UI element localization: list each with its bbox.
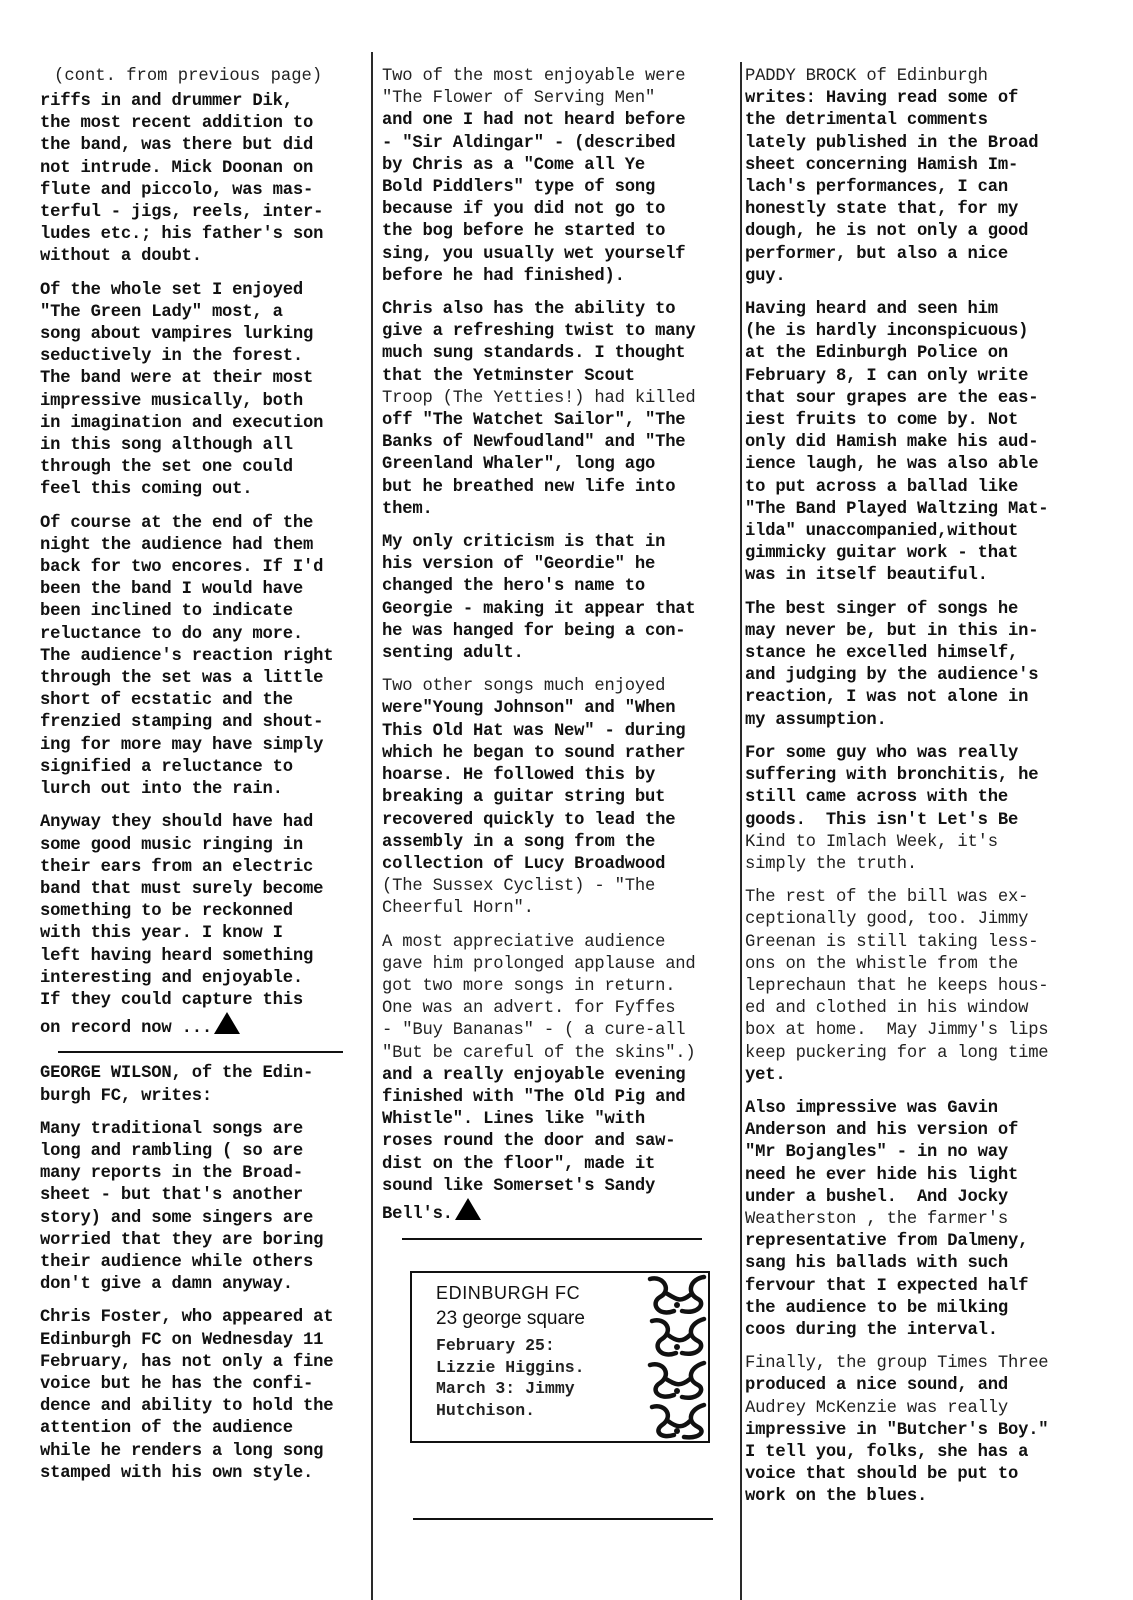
- advert-line: Lizzie Higgins.: [436, 1357, 636, 1379]
- text-line: my assumption.: [745, 710, 1095, 732]
- text-line: keep puckering for a long time: [745, 1043, 1095, 1065]
- text-line: ing for more may have simply: [40, 735, 370, 757]
- text-line: been inclined to indicate: [40, 601, 370, 623]
- text-line: finished with "The Old Pig and: [382, 1087, 732, 1109]
- article-paragraph: Two other songs much enjoyed were"Young …: [382, 676, 732, 920]
- article-paragraph: Two of the most enjoyable were "The Flow…: [382, 66, 732, 288]
- text-line: stamped with his own style.: [40, 1463, 370, 1485]
- text-line: much sung standards. I thought: [382, 343, 732, 365]
- text-line: riffs in and drummer Dik,: [40, 91, 370, 113]
- section-divider: [402, 1238, 702, 1240]
- text-line: them.: [382, 499, 732, 521]
- text-line: seductively in the forest.: [40, 346, 370, 368]
- text-line: without a doubt.: [40, 246, 370, 268]
- text-line: before he had finished).: [382, 266, 732, 288]
- right-column: PADDY BROCK of Edinburgh writes: Having …: [745, 66, 1095, 1520]
- text-line: Of course at the end of the: [40, 513, 370, 535]
- text-line: terful - jigs, reels, inter-: [40, 202, 370, 224]
- text-line: ludes etc.; his father's son: [40, 224, 370, 246]
- text-line: only did Hamish make his aud-: [745, 432, 1095, 454]
- text-line: Anyway they should have had: [40, 812, 370, 834]
- text-line: in this song although all: [40, 435, 370, 457]
- text-line: the most recent addition to: [40, 113, 370, 135]
- text-line: (The Sussex Cyclist) - "The: [382, 876, 732, 898]
- column-divider-left: [371, 52, 373, 1600]
- text-line: but he breathed new life into: [382, 477, 732, 499]
- text-line: he was hanged for being a con-: [382, 621, 732, 643]
- text-line: was in itself beautiful.: [745, 565, 1095, 587]
- text-line: dence and ability to hold the: [40, 1396, 370, 1418]
- text-line: feel this coming out.: [40, 479, 370, 501]
- text-line: One was an advert. for Fyffes: [382, 998, 732, 1020]
- advert-line: Hutchison.: [436, 1400, 636, 1422]
- text-line: reaction, I was not alone in: [745, 687, 1095, 709]
- text-line: Troop (The Yetties!) had killed: [382, 388, 732, 410]
- text-line: ceptionally good, too. Jimmy: [745, 909, 1095, 931]
- text-line: Georgie - making it appear that: [382, 599, 732, 621]
- text-line: "But be careful of the skins".): [382, 1043, 732, 1065]
- text-line: February 8, I can only write: [745, 366, 1095, 388]
- text-line: stance he excelled himself,: [745, 643, 1095, 665]
- text-line: story) and some singers are: [40, 1208, 370, 1230]
- letter-paragraph: Also impressive was Gavin Anderson and h…: [745, 1098, 1095, 1342]
- text-line: breaking a guitar string but: [382, 787, 732, 809]
- text-line: need he ever hide his light: [745, 1165, 1095, 1187]
- letter-paragraph: Chris Foster, who appeared at Edinburgh …: [40, 1307, 370, 1485]
- text-line: sing, you usually wet yourself: [382, 244, 732, 266]
- text-line: recovered quickly to lead the: [382, 810, 732, 832]
- text-line: many reports in the Broad-: [40, 1163, 370, 1185]
- text-line: "The Green Lady" most, a: [40, 302, 370, 324]
- text-line: frenzied stamping and shout-: [40, 712, 370, 734]
- text-line: Cheerful Horn".: [382, 898, 732, 920]
- text-line: Greenland Whaler", long ago: [382, 454, 732, 476]
- text-line: the band, was there but did: [40, 135, 370, 157]
- text-line: with this year. I know I: [40, 923, 370, 945]
- text-line: goods. This isn't Let's Be: [745, 810, 1095, 832]
- text-line: and one I had not heard before: [382, 110, 732, 132]
- text-line: their ears from an electric: [40, 857, 370, 879]
- letter-paragraph: Finally, the group Times Three produced …: [745, 1353, 1095, 1508]
- end-of-article-triangle-icon: [455, 1198, 481, 1220]
- text-line: were"Young Johnson" and "When: [382, 698, 732, 720]
- column-divider-right: [740, 62, 742, 1600]
- text-line: while he renders a long song: [40, 1441, 370, 1463]
- text-line: under a bushel. And Jocky: [745, 1187, 1095, 1209]
- text-line: song about vampires lurking: [40, 324, 370, 346]
- text-line: This Old Hat was New" - during: [382, 721, 732, 743]
- article-paragraph: Chris also has the ability to give a ref…: [382, 299, 732, 521]
- text-line: A most appreciative audience: [382, 932, 732, 954]
- text-line: box at home. May Jimmy's lips: [745, 1020, 1095, 1042]
- text-line: long and rambling ( so are: [40, 1141, 370, 1163]
- text-line: Edinburgh FC on Wednesday 11: [40, 1330, 370, 1352]
- text-line: still came across with the: [745, 787, 1095, 809]
- text-line: the bog before he started to: [382, 221, 732, 243]
- text-line: guy.: [745, 266, 1095, 288]
- text-line: "Mr Bojangles" - in no way: [745, 1142, 1095, 1164]
- text-line: may never be, but in this in-: [745, 621, 1095, 643]
- text-line: don't give a damn anyway.: [40, 1274, 370, 1296]
- text-line: hoarse. He followed this by: [382, 765, 732, 787]
- text-line: something to be reckonned: [40, 901, 370, 923]
- text-line: writes: Having read some of: [745, 88, 1095, 110]
- text-line: on record now ...: [40, 1019, 212, 1038]
- article-paragraph: Of course at the end of the night the au…: [40, 513, 370, 802]
- text-line: Many traditional songs are: [40, 1119, 370, 1141]
- text-line: through the set one could: [40, 457, 370, 479]
- text-line: Bold Piddlers" type of song: [382, 177, 732, 199]
- letter-paragraph: The best singer of songs he may never be…: [745, 599, 1095, 732]
- text-line: simply the truth.: [745, 854, 1095, 876]
- text-line: off "The Watchet Sailor", "The: [382, 410, 732, 432]
- text-line: sheet concerning Hamish Im-: [745, 155, 1095, 177]
- advert-text: EDINBURGH FC 23 george square February 2…: [436, 1281, 636, 1421]
- text-line: For some guy who was really: [745, 743, 1095, 765]
- text-line: sound like Somerset's Sandy: [382, 1176, 732, 1198]
- text-line: February, has not only a fine: [40, 1352, 370, 1374]
- text-line: lately published in the Broad: [745, 133, 1095, 155]
- end-of-article-triangle-icon: [214, 1012, 240, 1034]
- continuation-note: (cont. from previous page): [40, 66, 370, 88]
- text-line: ed and clothed in his window: [745, 998, 1095, 1020]
- text-line-with-end-mark: Bell's.: [382, 1198, 732, 1226]
- text-line: GEORGE WILSON, of the Edin-: [40, 1063, 370, 1085]
- text-line: to put across a ballad like: [745, 477, 1095, 499]
- text-line: lurch out into the rain.: [40, 779, 370, 801]
- text-line: I tell you, folks, she has a: [745, 1442, 1095, 1464]
- article-paragraph: riffs in and drummer Dik, the most recen…: [40, 91, 370, 269]
- text-line: voice but he has the confi-: [40, 1374, 370, 1396]
- text-line: the audience to be milking: [745, 1298, 1095, 1320]
- text-line: Also impressive was Gavin: [745, 1098, 1095, 1120]
- text-line: dough, he is not only a good: [745, 221, 1095, 243]
- text-line: - "Sir Aldingar" - (described: [382, 133, 732, 155]
- floral-ornament-border-icon: [646, 1273, 708, 1441]
- text-line: Of the whole set I enjoyed: [40, 280, 370, 302]
- text-line: Banks of Newfoudland" and "The: [382, 432, 732, 454]
- article-paragraph: Anyway they should have had some good mu…: [40, 812, 370, 1040]
- text-line: Having heard and seen him: [745, 299, 1095, 321]
- text-line: fervour that I expected half: [745, 1276, 1095, 1298]
- text-line: back for two encores. If I'd: [40, 557, 370, 579]
- text-line: Finally, the group Times Three: [745, 1353, 1095, 1375]
- text-line: PADDY BROCK of Edinburgh: [745, 66, 1095, 88]
- text-line: left having heard something: [40, 946, 370, 968]
- text-line: night the audience had them: [40, 535, 370, 557]
- text-line: Two other songs much enjoyed: [382, 676, 732, 698]
- text-line: dist on the floor", made it: [382, 1154, 732, 1176]
- text-line: The best singer of songs he: [745, 599, 1095, 621]
- text-line: give a refreshing twist to many: [382, 321, 732, 343]
- text-line: in imagination and execution: [40, 413, 370, 435]
- text-line: ons on the whistle from the: [745, 954, 1095, 976]
- text-line: which he began to sound rather: [382, 743, 732, 765]
- text-line: Chris Foster, who appeared at: [40, 1307, 370, 1329]
- text-line: Greenan is still taking less-: [745, 932, 1095, 954]
- text-line: flute and piccolo, was mas-: [40, 180, 370, 202]
- text-line: and a really enjoyable evening: [382, 1065, 732, 1087]
- text-line: leprechaun that he keeps hous-: [745, 976, 1095, 998]
- newsletter-page: (cont. from previous page) riffs in and …: [0, 0, 1133, 1600]
- text-line: Kind to Imlach Week, it's: [745, 832, 1095, 854]
- text-line: through the set was a little: [40, 668, 370, 690]
- text-line: that the Yetminster Scout: [382, 366, 732, 388]
- text-line: burgh FC, writes:: [40, 1086, 370, 1108]
- text-line: gave him prolonged applause and: [382, 954, 732, 976]
- text-line: signified a reluctance to: [40, 757, 370, 779]
- text-line: impressive in "Butcher's Boy.": [745, 1420, 1095, 1442]
- text-line: The band were at their most: [40, 368, 370, 390]
- text-line: by Chris as a "Come all Ye: [382, 155, 732, 177]
- text-line: ience laugh, he was also able: [745, 454, 1095, 476]
- text-line: the detrimental comments: [745, 110, 1095, 132]
- letter-paragraph: The rest of the bill was ex- ceptionally…: [745, 887, 1095, 1087]
- text-line: been the band I would have: [40, 579, 370, 601]
- text-line: sheet - but that's another: [40, 1185, 370, 1207]
- text-line: yet.: [745, 1065, 1095, 1087]
- text-line: assembly in a song from the: [382, 832, 732, 854]
- text-line: their audience while others: [40, 1252, 370, 1274]
- text-line: voice that should be put to: [745, 1464, 1095, 1486]
- text-line: Weatherston , the farmer's: [745, 1209, 1095, 1231]
- text-line: produced a nice sound, and: [745, 1375, 1095, 1397]
- text-line: worried that they are boring: [40, 1230, 370, 1252]
- text-line-with-end-mark: on record now ...: [40, 1012, 370, 1040]
- left-column: (cont. from previous page) riffs in and …: [40, 66, 370, 1496]
- text-line: (he is hardly inconspicuous): [745, 321, 1095, 343]
- text-line: some good music ringing in: [40, 835, 370, 857]
- text-line: reluctance to do any more.: [40, 624, 370, 646]
- text-line: at the Edinburgh Police on: [745, 343, 1095, 365]
- letter-header: GEORGE WILSON, of the Edin- burgh FC, wr…: [40, 1063, 370, 1107]
- text-line: senting adult.: [382, 643, 732, 665]
- text-line: Audrey McKenzie was really: [745, 1398, 1095, 1420]
- section-divider: [413, 1518, 713, 1520]
- text-line: honestly state that, for my: [745, 199, 1095, 221]
- text-line: got two more songs in return.: [382, 976, 732, 998]
- advert-line: February 25:: [436, 1335, 636, 1357]
- advert-title: EDINBURGH FC: [436, 1281, 636, 1305]
- text-line: roses round the door and saw-: [382, 1131, 732, 1153]
- middle-column: Two of the most enjoyable were "The Flow…: [382, 66, 732, 1240]
- edinburgh-fc-advert: EDINBURGH FC 23 george square February 2…: [410, 1271, 710, 1443]
- text-line: lach's performances, I can: [745, 177, 1095, 199]
- text-line: ilda" unaccompanied,without: [745, 521, 1095, 543]
- text-line: If they could capture this: [40, 990, 370, 1012]
- letter-paragraph: Many traditional songs are long and ramb…: [40, 1119, 370, 1297]
- text-line: impressive musically, both: [40, 391, 370, 413]
- text-line: coos during the interval.: [745, 1320, 1095, 1342]
- text-line: work on the blues.: [745, 1486, 1095, 1508]
- text-line: gimmicky guitar work - that: [745, 543, 1095, 565]
- text-line: My only criticism is that in: [382, 532, 732, 554]
- text-line: The audience's reaction right: [40, 646, 370, 668]
- text-line: Chris also has the ability to: [382, 299, 732, 321]
- letter-paragraph: For some guy who was really suffering wi…: [745, 743, 1095, 876]
- text-line: representative from Dalmeny,: [745, 1231, 1095, 1253]
- text-line: attention of the audience: [40, 1418, 370, 1440]
- text-line: Two of the most enjoyable were: [382, 66, 732, 88]
- text-line: "The Band Played Waltzing Mat-: [745, 499, 1095, 521]
- text-line: iest fruits to come by. Not: [745, 410, 1095, 432]
- article-paragraph: My only criticism is that in his version…: [382, 532, 732, 665]
- text-line: not intrude. Mick Doonan on: [40, 158, 370, 180]
- article-paragraph: A most appreciative audience gave him pr…: [382, 932, 732, 1227]
- section-divider: [58, 1051, 343, 1053]
- text-line: changed the hero's name to: [382, 576, 732, 598]
- text-line: sang his ballads with such: [745, 1253, 1095, 1275]
- advert-address: 23 george square: [436, 1305, 636, 1333]
- text-line: Bell's.: [382, 1205, 453, 1224]
- text-line: Whistle". Lines like "with: [382, 1109, 732, 1131]
- letter-paragraph: Having heard and seen him (he is hardly …: [745, 299, 1095, 588]
- text-line: Anderson and his version of: [745, 1120, 1095, 1142]
- article-paragraph: Of the whole set I enjoyed "The Green La…: [40, 280, 370, 502]
- text-line: because if you did not go to: [382, 199, 732, 221]
- text-line: - "Buy Bananas" - ( a cure-all: [382, 1020, 732, 1042]
- text-line: The rest of the bill was ex-: [745, 887, 1095, 909]
- text-line: interesting and enjoyable.: [40, 968, 370, 990]
- text-line: collection of Lucy Broadwood: [382, 854, 732, 876]
- text-line: short of ecstatic and the: [40, 690, 370, 712]
- text-line: "The Flower of Serving Men": [382, 88, 732, 110]
- text-line: that sour grapes are the eas-: [745, 388, 1095, 410]
- advert-line: March 3: Jimmy: [436, 1378, 636, 1400]
- text-line: his version of "Geordie" he: [382, 554, 732, 576]
- letter-paragraph: PADDY BROCK of Edinburgh writes: Having …: [745, 66, 1095, 288]
- text-line: performer, but also a nice: [745, 244, 1095, 266]
- text-line: suffering with bronchitis, he: [745, 765, 1095, 787]
- text-line: band that must surely become: [40, 879, 370, 901]
- text-line: and judging by the audience's: [745, 665, 1095, 687]
